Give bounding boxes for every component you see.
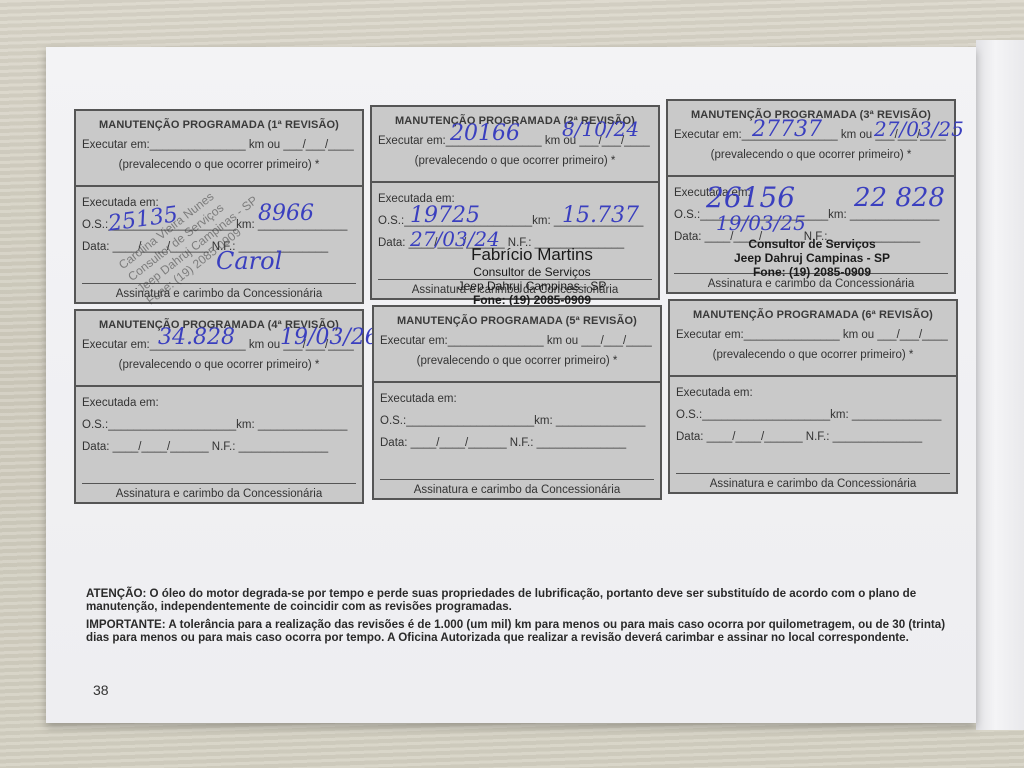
executada-label: Executada em: — [676, 387, 753, 399]
executar-field: Executar em:_______________ km ou ___/__… — [82, 139, 354, 151]
prevalecendo-note: (prevalecendo o que ocorrer primeiro) * — [76, 159, 362, 171]
box-title: MANUTENÇÃO PROGRAMADA (5ª REVISÃO) — [374, 307, 660, 327]
dealer-stamp: Consultor de Serviços Jeep Dahruj Campin… — [712, 237, 912, 279]
data-nf-field: Data: ____/____/______ N.F.: ___________… — [82, 441, 328, 453]
prevalecendo-note: (prevalecendo o que ocorrer primeiro) * — [76, 359, 362, 371]
executada-label: Executada em: — [380, 393, 457, 405]
prevalecendo-note: (prevalecendo o que ocorrer primeiro) * — [668, 149, 954, 161]
notes-section: ATENÇÃO: O óleo do motor degrada-se por … — [86, 588, 956, 650]
revision-box-4: MANUTENÇÃO PROGRAMADA (4ª REVISÃO) Execu… — [74, 309, 364, 504]
next-page-edge — [976, 40, 1024, 730]
box-title: MANUTENÇÃO PROGRAMADA (1ª REVISÃO) — [76, 111, 362, 131]
executada-label: Executada em: — [82, 397, 159, 409]
signature-caption: Assinatura e carimbo da Concessionária — [374, 484, 660, 496]
signature-line — [82, 483, 356, 484]
revision-box-3: MANUTENÇÃO PROGRAMADA (3ª REVISÃO) Execu… — [666, 99, 956, 294]
handwritten-executar-km: 20166 — [450, 121, 520, 146]
data-nf-field: Data: ____/____/______ N.F.: ___________… — [380, 437, 626, 449]
revision-box-6: MANUTENÇÃO PROGRAMADA (6ª REVISÃO) Execu… — [668, 299, 958, 494]
os-km-field: O.S.:____________________km: ___________… — [82, 419, 347, 431]
os-km-field: O.S.:____________________km: ___________… — [380, 415, 645, 427]
handwritten-executar-date: 19/03/26 — [280, 325, 379, 350]
handwritten-km: 15.737 — [562, 203, 639, 228]
data-nf-field: Data: ____/____/______ N.F.: ___________… — [676, 431, 922, 443]
handwritten-os: 19725 — [410, 203, 480, 228]
box-title: MANUTENÇÃO PROGRAMADA (6ª REVISÃO) — [670, 301, 956, 321]
os-km-field: O.S.:____________________km: ___________… — [676, 409, 941, 421]
executar-field: Executar em:_______________ km ou ___/__… — [380, 335, 652, 347]
signature-line — [380, 479, 654, 480]
handwritten-km: 22 828 — [854, 183, 945, 213]
revision-box-5: MANUTENÇÃO PROGRAMADA (5ª REVISÃO) Execu… — [372, 305, 662, 500]
signature-caption: Assinatura e carimbo da Concessionária — [668, 278, 954, 290]
signature-caption: Assinatura e carimbo da Concessionária — [76, 288, 362, 300]
signature-line — [676, 473, 950, 474]
prevalecendo-note: (prevalecendo o que ocorrer primeiro) * — [374, 355, 660, 367]
revision-box-1: MANUTENÇÃO PROGRAMADA (1ª REVISÃO) Execu… — [74, 109, 364, 304]
signature-line — [82, 283, 356, 284]
signature-caption: Assinatura e carimbo da Concessionária — [670, 478, 956, 490]
importante-note: IMPORTANTE: A tolerância para a realizaç… — [86, 619, 956, 644]
handwritten-executar-km: 34.828 — [158, 325, 235, 350]
handwritten-executar-date: 27/03/25 — [874, 117, 964, 141]
prevalecendo-note: (prevalecendo o que ocorrer primeiro) * — [372, 155, 658, 167]
atencao-note: ATENÇÃO: O óleo do motor degrada-se por … — [86, 588, 956, 613]
prevalecendo-note: (prevalecendo o que ocorrer primeiro) * — [670, 349, 956, 361]
handwritten-signature: Carol — [216, 247, 282, 275]
signature-caption: Assinatura e carimbo da Concessionária — [76, 488, 362, 500]
handwritten-km: 8966 — [258, 201, 314, 226]
handwritten-executar-date: 8/10/24 — [562, 117, 639, 141]
handwritten-executar-km: 27737 — [752, 117, 822, 142]
page-number: 38 — [93, 682, 109, 698]
revision-box-2: MANUTENÇÃO PROGRAMADA (2ª REVISÃO) Execu… — [370, 105, 660, 300]
handwritten-data: 19/03/25 — [716, 211, 806, 235]
executar-field: Executar em:_______________ km ou ___/__… — [676, 329, 948, 341]
dealer-stamp: Fabrício Martins Consultor de Serviços J… — [442, 245, 622, 307]
handwritten-os: 26156 — [706, 181, 795, 214]
